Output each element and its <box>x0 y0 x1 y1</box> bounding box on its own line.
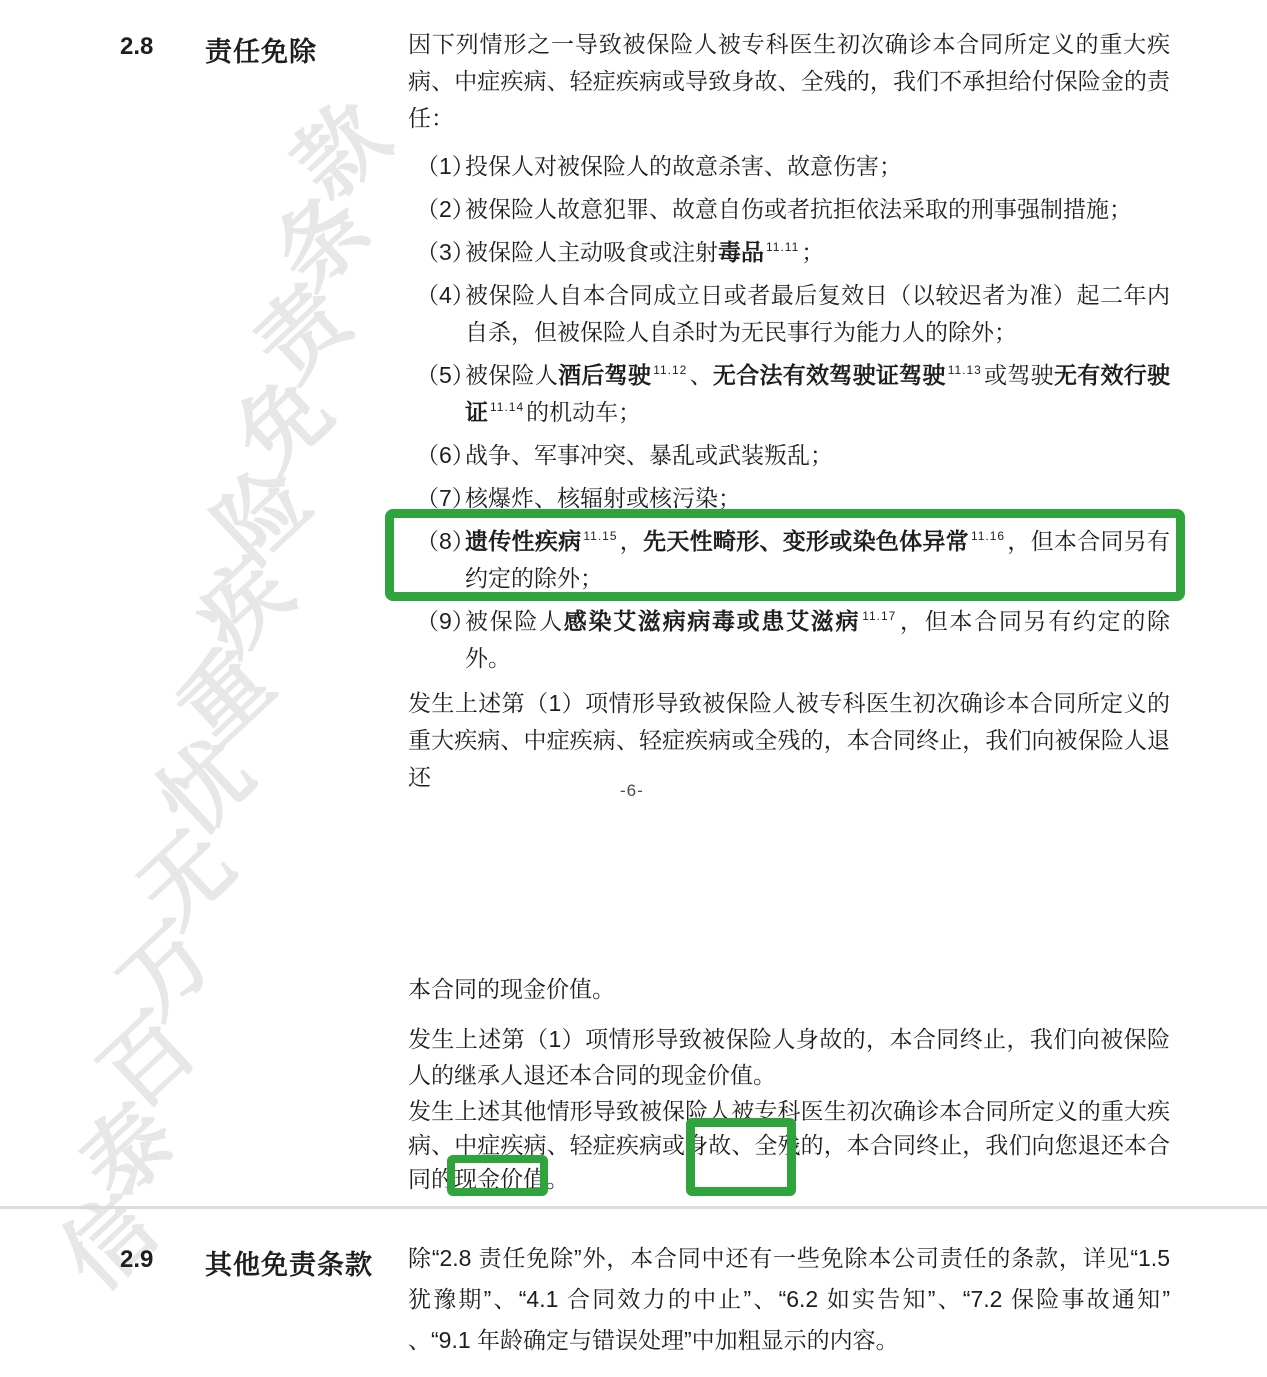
item-number: （5） <box>416 357 475 394</box>
exclusion-item: （1）投保人对被保险人的故意杀害、故意伤害； <box>408 148 1170 185</box>
item-text: 被保险人自本合同成立日或者最后复效日（以较迟者为准）起二年内自杀，但被保险人自杀… <box>465 282 1170 345</box>
item-number: （1） <box>416 148 475 185</box>
item-text: 被保险人感染艾滋病病毒或患艾滋病11.17，但本合同另有约定的除外。 <box>465 608 1170 671</box>
item-number: （4） <box>416 277 475 314</box>
section-2-8-number: 2.8 <box>120 33 153 61</box>
exclusion-item: （6）战争、军事冲突、暴乱或武装叛乱； <box>408 437 1170 474</box>
item-text: 核爆炸、核辐射或核污染； <box>465 485 741 511</box>
exclusion-item: （2）被保险人故意犯罪、故意自伤或者抗拒依法采取的刑事强制措施； <box>408 191 1170 228</box>
section-2-9-body: 除“2.8 责任免除”外，本合同中还有一些免除本公司责任的条款，详见“1.5 犹… <box>408 1238 1170 1361</box>
para-death-case: 发生上述第（1）项情形导致被保险人身故的，本合同终止，我们向被保险人的继承人退还… <box>408 1021 1170 1093</box>
para-first-case: 发生上述第（1）项情形导致被保险人被专科医生初次确诊本合同所定义的重大疾病、中症… <box>408 685 1170 796</box>
section-divider-line <box>0 1206 1267 1209</box>
exclusion-item: （9）被保险人感染艾滋病病毒或患艾滋病11.17，但本合同另有约定的除外。 <box>408 603 1170 677</box>
continuation-paragraph: 本合同的现金价值。 <box>408 971 1170 1007</box>
item-number: （9） <box>416 603 475 640</box>
section-2-9-title: 其他免责条款 <box>205 1243 373 1282</box>
item-text: 战争、军事冲突、暴乱或武装叛乱； <box>465 442 833 468</box>
exclusion-item-highlighted: （8）遗传性疾病11.15，先天性畸形、变形或染色体异常11.16，但本合同另有… <box>408 523 1170 597</box>
exclusion-item: （5）被保险人酒后驾驶11.12、无合法有效驾驶证驾驶11.13或驾驶无有效行驶… <box>408 357 1170 431</box>
insurance-clause-document: 2.8 责任免除 因下列情形之一导致被保险人被专科医生初次确诊本合同所定义的重大… <box>0 0 1267 1377</box>
item-number: （2） <box>416 191 475 228</box>
death-paragraph: 发生上述第（1）项情形导致被保险人身故的，本合同终止，我们向被保险人的继承人退还… <box>408 1021 1170 1093</box>
exclusion-item: （3）被保险人主动吸食或注射毒品11.11； <box>408 234 1170 271</box>
item-text: 遗传性疾病11.15，先天性畸形、变形或染色体异常11.16，但本合同另有约定的… <box>465 528 1170 591</box>
exclusion-list: （1）投保人对被保险人的故意杀害、故意伤害；（2）被保险人故意犯罪、故意自伤或者… <box>408 148 1170 677</box>
exclusion-item: （7）核爆炸、核辐射或核污染； <box>408 480 1170 517</box>
other-exemption-paragraph: 除“2.8 责任免除”外，本合同中还有一些免除本公司责任的条款，详见“1.5 犹… <box>408 1238 1170 1361</box>
page-number: -6- <box>620 781 644 801</box>
item-text: 被保险人主动吸食或注射毒品11.11； <box>465 239 824 265</box>
item-number: （8） <box>416 523 475 560</box>
item-number: （6） <box>416 437 475 474</box>
item-text: 被保险人故意犯罪、故意自伤或者抗拒依法采取的刑事强制措施； <box>465 196 1132 222</box>
exclusion-item: （4）被保险人自本合同成立日或者最后复效日（以较迟者为准）起二年内自杀，但被保险… <box>408 277 1170 351</box>
item-text: 被保险人酒后驾驶11.12、无合法有效驾驶证驾驶11.13或驾驶无有效行驶证11… <box>465 362 1170 425</box>
item-number: （7） <box>416 480 475 517</box>
intro-paragraph: 因下列情形之一导致被保险人被专科医生初次确诊本合同所定义的重大疾病、中症疾病、轻… <box>408 26 1170 137</box>
exclusion-list-block: （1）投保人对被保险人的故意杀害、故意伤害；（2）被保险人故意犯罪、故意自伤或者… <box>408 148 1170 796</box>
item-number: （3） <box>416 234 475 271</box>
para-first-case-continuation: 本合同的现金价值。 <box>408 971 1170 1007</box>
item-text: 投保人对被保险人的故意杀害、故意伤害； <box>465 153 902 179</box>
other-case-paragraph: 发生上述其他情形导致被保险人被专科医生初次确诊本合同所定义的重大疾病、中症疾病、… <box>408 1094 1170 1196</box>
section-2-9-number: 2.9 <box>120 1246 153 1274</box>
section-2-8-title: 责任免除 <box>205 30 317 69</box>
para-other-case: 发生上述其他情形导致被保险人被专科医生初次确诊本合同所定义的重大疾病、中症疾病、… <box>408 1094 1170 1196</box>
section-2-8-intro: 因下列情形之一导致被保险人被专科医生初次确诊本合同所定义的重大疾病、中症疾病、轻… <box>408 26 1170 137</box>
